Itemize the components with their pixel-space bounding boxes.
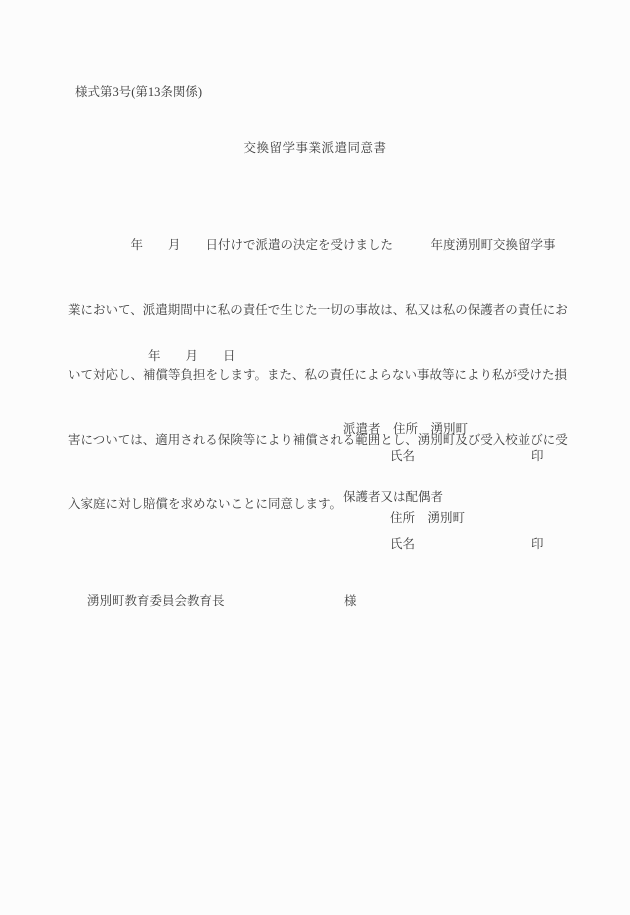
guardian-seal-label: 印 — [531, 535, 544, 553]
sender-seal-label: 印 — [531, 447, 544, 465]
body-line-5: 入家庭に対し賠償を求めないことに同意します。 — [68, 494, 573, 516]
form-number: 様式第3号(第13条関係) — [75, 83, 202, 101]
document-page: 様式第3号(第13条関係) 交換留学事業派遣同意書 年 月 日付けで派遣の決定を… — [0, 0, 630, 915]
addressee-honorific: 様 — [344, 592, 357, 610]
document-title: 交換留学事業派遣同意書 — [0, 139, 630, 157]
body-line-4: 害については、適用される保険等により補償される範囲とし、湧別町及び受入校並びに受 — [68, 430, 573, 452]
sender-name-label: 氏名 — [390, 447, 415, 465]
body-line-1: 年 月 日付けで派遣の決定を受けました 年度湧別町交換留学事 — [68, 235, 573, 257]
guardian-name-label: 氏名 — [390, 535, 415, 553]
date-blank-line: 年 月 日 — [148, 347, 236, 365]
addressee-name: 湧別町教育委員会教育長 — [87, 592, 225, 610]
guardian-address-line: 住所 湧別町 — [390, 509, 465, 527]
guardian-heading: 保護者又は配偶者 — [343, 488, 443, 506]
body-line-3: いて対応し、補償等負担をします。また、私の責任によらない事故等により私が受けた損 — [68, 365, 573, 387]
sender-role-address-line: 派遣者 住所 湧別町 — [343, 420, 468, 438]
body-paragraph: 年 月 日付けで派遣の決定を受けました 年度湧別町交換留学事 業において、派遣期… — [68, 192, 573, 559]
body-line-2: 業において、派遣期間中に私の責任で生じた一切の事故は、私又は私の保護者の責任にお — [68, 300, 573, 322]
